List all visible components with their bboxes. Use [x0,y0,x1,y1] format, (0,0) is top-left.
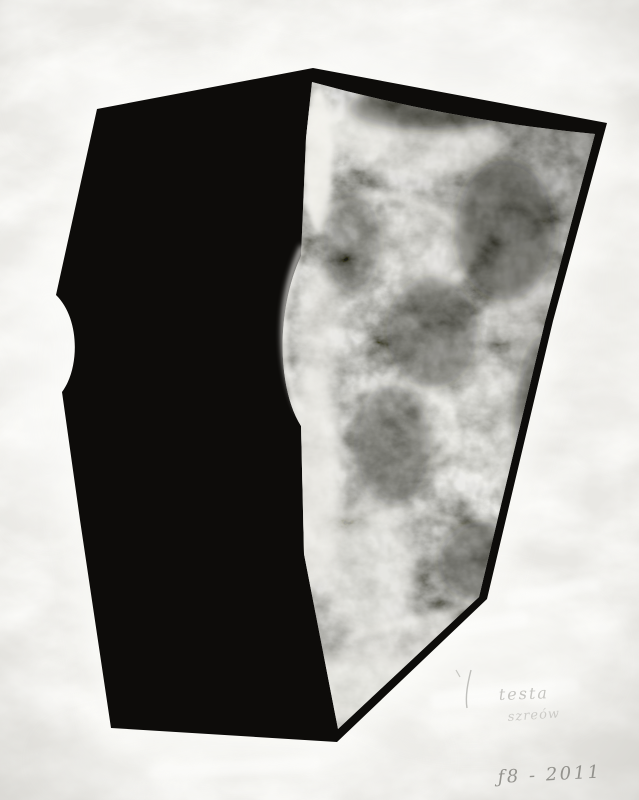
artwork-photo: testa szreów ƒ8 - 2011 [0,0,639,800]
painting-svg: testa szreów ƒ8 - 2011 [0,0,639,800]
signature-line-1: testa [498,683,549,704]
photo-vignette [0,0,639,800]
